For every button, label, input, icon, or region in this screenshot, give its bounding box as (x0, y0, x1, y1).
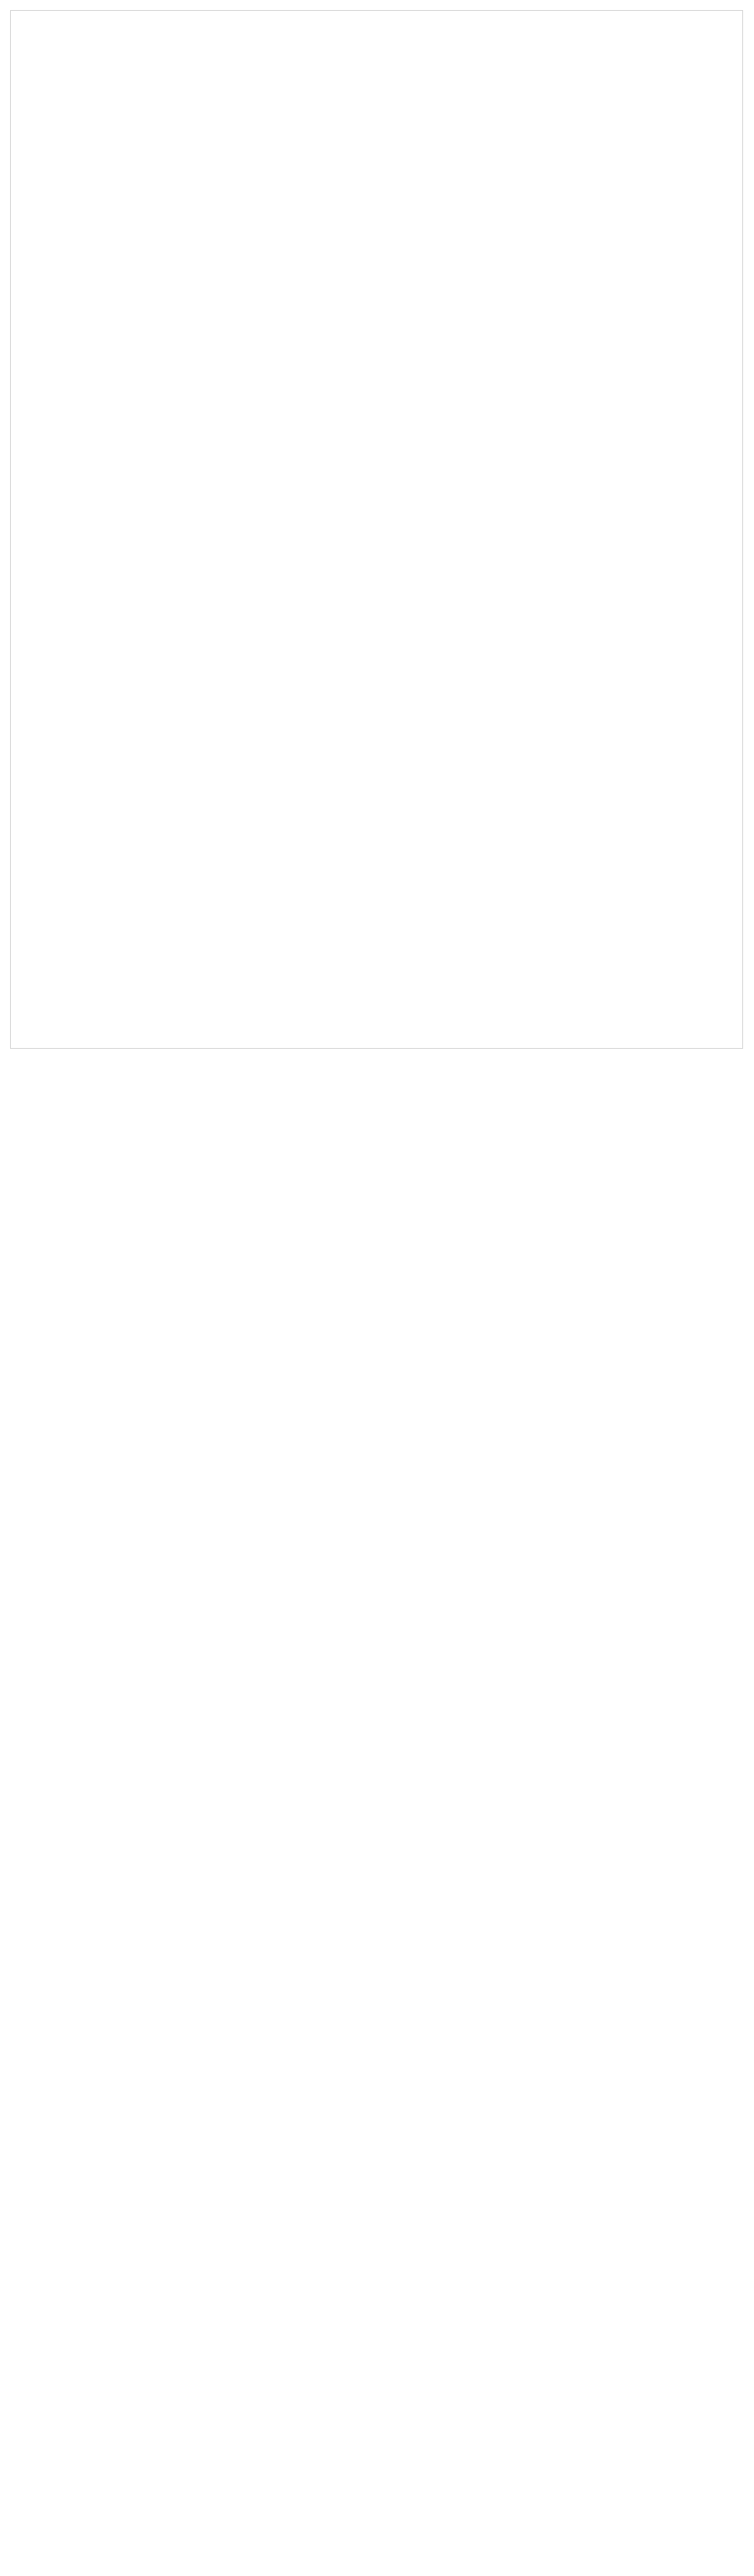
document-page-1 (10, 10, 743, 1049)
